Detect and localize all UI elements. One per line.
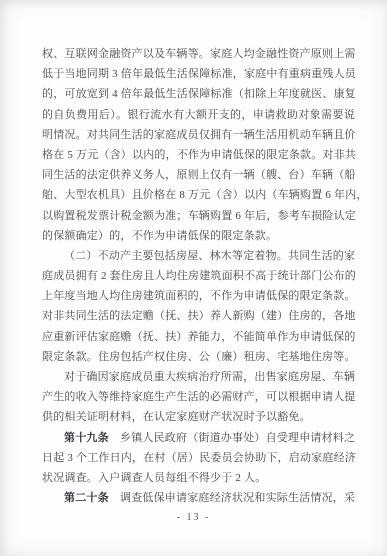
text-segment: 同生活的法定供养义务人，原则上仅有一辆（艘、台）车辆（船 [42,169,356,181]
text-segment: 舶、大型农机具）且价格在 8 万元（含）以内（车辆购置 6 年内， [42,189,368,201]
text-segment: 对于确因家庭成员重大疾病治疗所需，出售家庭房屋、车辆 [64,371,355,383]
text-line: 明情况。对共同生活的家庭成员仅拥有一辆生活用机动车辆且价 [42,125,355,145]
text-segment: 供的相关证明材料，在认定家庭财产状况时予以豁免。 [42,411,311,423]
text-segment: 日起 3 个工作日内，在村（居）民委员会协助下，启动家庭经济 [42,452,356,464]
text-segment: 应重新评估家庭赡（抚、扶）养能力，不能简单作为申请低保的 [42,331,356,343]
text-segment: 明情况。对共同生活的家庭成员仅拥有一辆生活用机动车辆且价 [42,129,356,141]
text-line: 第二十条 调查低保申请家庭经济状况和实际生活情况，采 [42,488,355,508]
text-line: 供的相关证明材料，在认定家庭财产状况时予以豁免。 [42,407,355,427]
text-line: 对于确因家庭成员重大疾病治疗所需，出售家庭房屋、车辆 [42,367,355,387]
text-segment: 格在 5 万元（含）以内的，不作为申请低保的限定条款。对非共 [42,149,356,161]
document-page: 权、互联网金融资产以及车辆等。家庭人均金融性资产原则上需低于当地同期 3 倍年最… [0,0,387,556]
text-line: 权、互联网金融资产以及车辆等。家庭人均金融性资产原则上需 [42,44,355,64]
text-segment: （二）不动产主要包括房屋、林木等定着物。共同生活的家 [64,250,355,262]
text-segment: 状况调查。入户调查人员每组不得少于 2 人。 [42,472,266,484]
text-line: 同生活的法定供养义务人，原则上仅有一辆（艘、台）车辆（船 [42,165,355,185]
text-line: 庭成员拥有 2 套住房且人均住房建筑面积不高于统计部门公布的 [42,266,355,286]
text-segment: 以购置税发票计税金额为准；车辆购置 6 年后，参考车损险认定 [42,210,356,222]
text-line: 的保额确定）的，不作为申请低保的限定条款。 [42,226,355,246]
text-segment: 的保额确定）的，不作为申请低保的限定条款。 [42,230,277,242]
text-segment: 庭成员拥有 2 套住房且人均住房建筑面积不高于统计部门公布的 [42,270,356,282]
text-line: 舶、大型农机具）且价格在 8 万元（含）以内（车辆购置 6 年内， [42,185,355,205]
article-number: 第十九条 [64,432,109,444]
text-line: 低于当地同期 3 倍年最低生活保障标准，家庭中有重病重残人员 [42,64,355,84]
text-line: 上年度当地人均住房建筑面积的，不作为申请低保的限定条款。 [42,286,355,306]
text-line: 产生的收入等维持家庭生产生活的必需财产，可以根据申请人提 [42,387,355,407]
text-line: 第十九条 乡镇人民政府（街道办事处）自受理申请材料之 [42,428,355,448]
text-line: （二）不动产主要包括房屋、林木等定着物。共同生活的家 [42,246,355,266]
page-number: - 13 - [0,512,387,523]
text-segment: 低于当地同期 3 倍年最低生活保障标准，家庭中有重病重残人员 [42,68,356,80]
document-body: 权、互联网金融资产以及车辆等。家庭人均金融性资产原则上需低于当地同期 3 倍年最… [42,44,355,508]
text-segment: 限定条款。住房包括产权住房、公（廉）租房、宅基地住房等。 [42,351,356,363]
text-segment: 乡镇人民政府（街道办事处）自受理申请材料之 [109,432,355,444]
text-segment: 上年度当地人均住房建筑面积的，不作为申请低保的限定条款。 [42,290,356,302]
text-line: 日起 3 个工作日内，在村（居）民委员会协助下，启动家庭经济 [42,448,355,468]
article-number: 第二十条 [64,492,109,504]
text-segment: 调查低保申请家庭经济状况和实际生活情况，采 [109,492,355,504]
text-segment: 权、互联网金融资产以及车辆等。家庭人均金融性资产原则上需 [42,48,356,60]
text-segment: 对非共同生活的法定赡（抚、扶）养人新购（建）住房的，各地 [42,310,356,322]
text-segment: 的，可放宽到 4 倍年最低生活保障标准（扣除上年度就医、康复 [42,88,356,100]
text-line: 的自负费用后）。银行流水有大额开支的，申请救助对象需要说 [42,105,355,125]
text-line: 对非共同生活的法定赡（抚、扶）养人新购（建）住房的，各地 [42,306,355,326]
text-segment: 产生的收入等维持家庭生产生活的必需财产，可以根据申请人提 [42,391,356,403]
text-line: 应重新评估家庭赡（抚、扶）养能力，不能简单作为申请低保的 [42,327,355,347]
text-line: 的，可放宽到 4 倍年最低生活保障标准（扣除上年度就医、康复 [42,84,355,104]
text-line: 格在 5 万元（含）以内的，不作为申请低保的限定条款。对非共 [42,145,355,165]
text-line: 以购置税发票计税金额为准；车辆购置 6 年后，参考车损险认定 [42,206,355,226]
text-line: 限定条款。住房包括产权住房、公（廉）租房、宅基地住房等。 [42,347,355,367]
text-line: 状况调查。入户调查人员每组不得少于 2 人。 [42,468,355,488]
text-segment: 的自负费用后）。银行流水有大额开支的，申请救助对象需要说 [42,109,355,121]
